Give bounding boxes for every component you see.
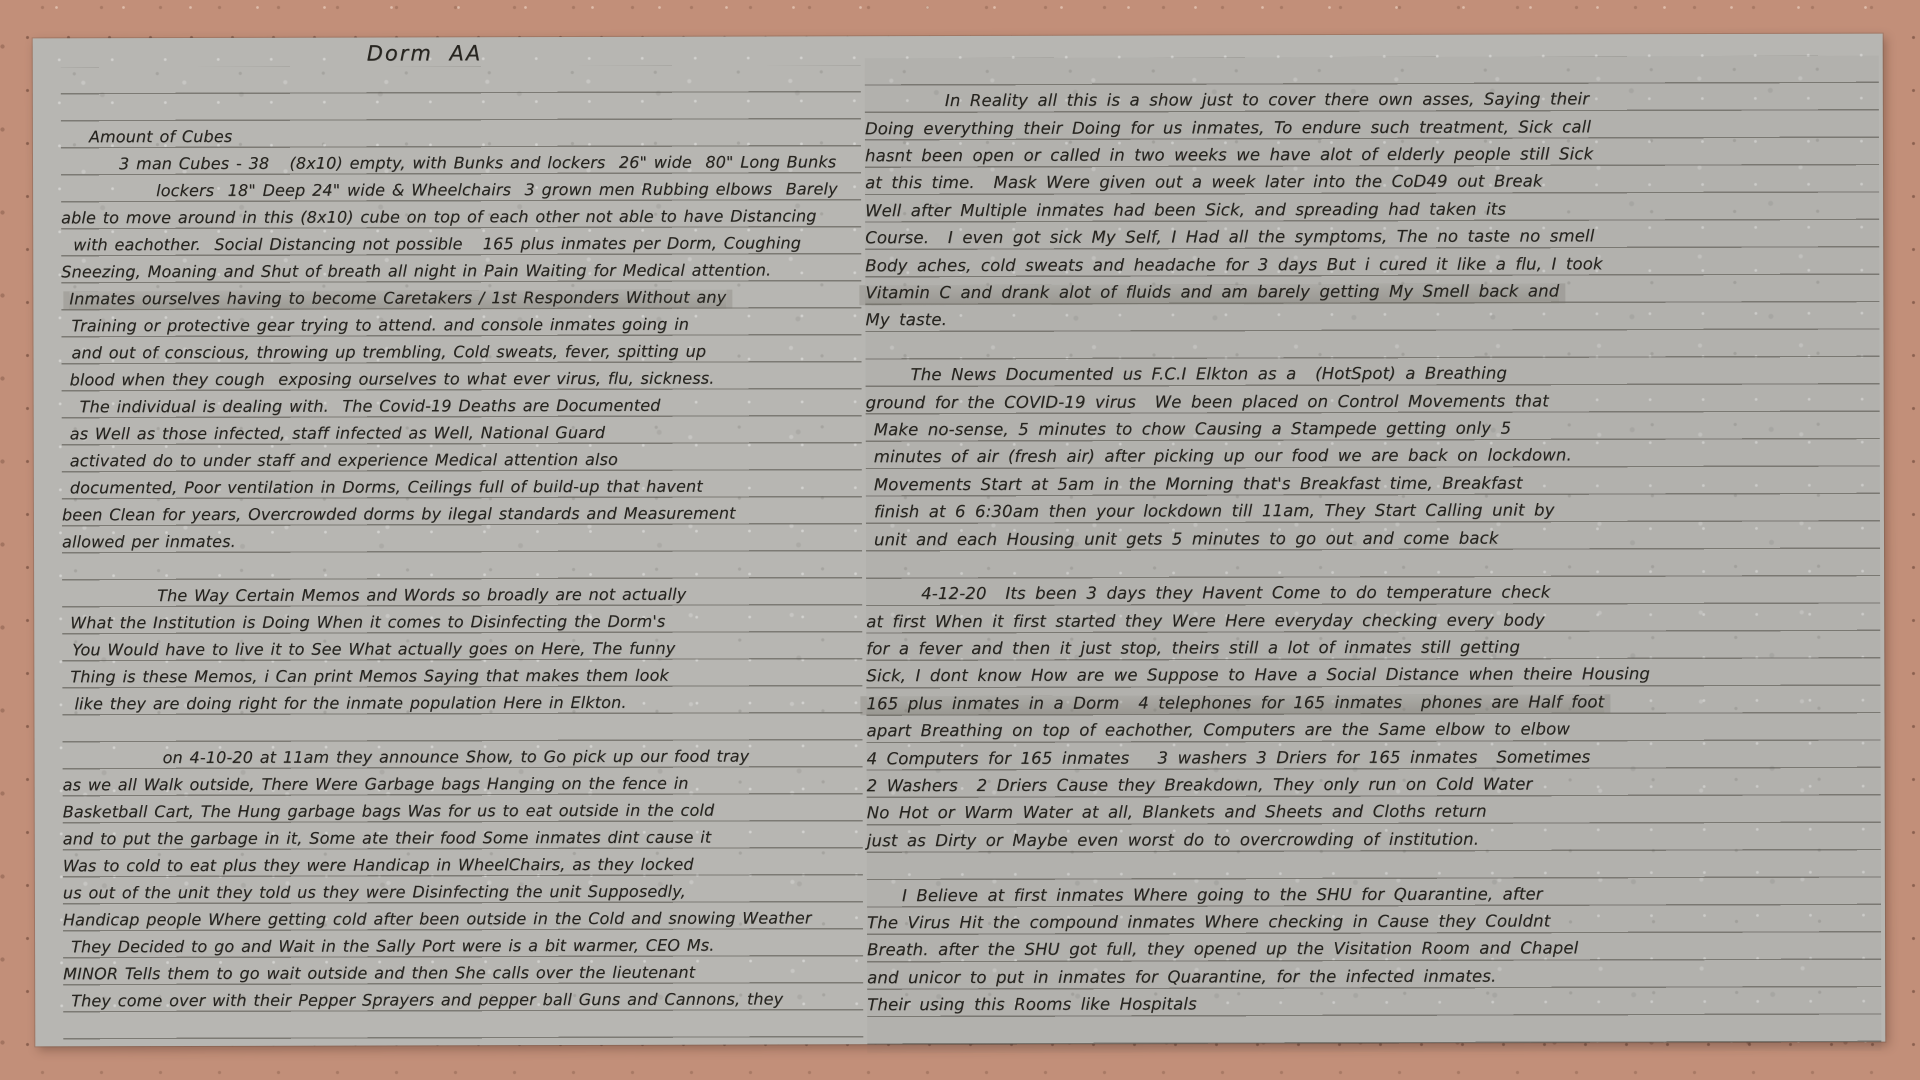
handwritten-line: activated do to under staff and experien…: [62, 443, 862, 472]
handwritten-line: The Way Certain Memos and Words so broad…: [62, 578, 862, 607]
handwritten-line: at first When it first started they Were…: [866, 603, 1880, 633]
handwritten-line: Breath. after the SHU got full, they ope…: [867, 932, 1881, 962]
handwritten-line: blood when they cough exposing ourselves…: [62, 362, 862, 391]
handwritten-line: unit and each Housing unit gets 5 minute…: [866, 521, 1880, 551]
handwritten-line: The News Documented us F.C.I Elkton as a…: [866, 357, 1880, 387]
handwritten-line: just as Dirty or Maybe even worst do to …: [867, 823, 1881, 853]
handwritten-line: They come over with their Pepper Sprayer…: [63, 983, 863, 1012]
handwritten-line: minutes of air (fresh air) after picking…: [866, 439, 1880, 469]
handwritten-line: Basketball Cart, The Hung garbage bags W…: [63, 794, 863, 823]
scanned-document-background: { "document": { "title": "Dorm AA", "pag…: [0, 0, 1920, 1080]
handwritten-line: as Well as those infected, staff infecte…: [62, 416, 862, 445]
handwritten-line: The Virus Hit the compound inmates Where…: [867, 905, 1881, 935]
handwritten-line: as we all Walk outside, There Were Garba…: [63, 767, 863, 796]
handwritten-line: Training or protective gear trying to at…: [61, 308, 861, 337]
scanned-paper: Dorm AA Amount of Cubes3 man Cubes - 38 …: [33, 34, 1886, 1047]
handwritten-line: 2 Washers 2 Driers Cause they Breakdown,…: [867, 768, 1881, 798]
handwritten-line: like they are doing right for the inmate…: [62, 686, 862, 715]
handwritten-line: and out of conscious, throwing up trembl…: [61, 335, 861, 364]
handwritten-line: Sick, I dont know How are we Suppose to …: [866, 658, 1880, 688]
handwritten-line: [61, 65, 861, 94]
handwritten-line: My taste.: [865, 302, 1879, 332]
handwritten-line: What the Institution is Doing When it co…: [62, 605, 862, 634]
handwritten-line: They Decided to go and Wait in the Sally…: [63, 929, 863, 958]
handwritten-line: [62, 551, 862, 580]
handwritten-line: In Reality all this is a show just to co…: [865, 83, 1879, 113]
document-title: Dorm AA: [367, 41, 483, 65]
handwritten-line: I Believe at first inmates Where going t…: [867, 877, 1881, 907]
handwritten-line: at this time. Mask Were given out a week…: [865, 165, 1879, 195]
handwritten-line: MINOR Tells them to go wait outside and …: [63, 956, 863, 985]
page-left: Amount of Cubes3 man Cubes - 38 (8x10) e…: [61, 65, 864, 1045]
handwritten-line: 165 plus inmates in a Dorm 4 telephones …: [866, 686, 1880, 716]
handwritten-line: for a fever and then it just stop, their…: [866, 631, 1880, 661]
handwritten-line: Body aches, cold sweats and headache for…: [865, 247, 1879, 277]
handwritten-line: [865, 329, 1879, 359]
handwritten-line: [61, 92, 861, 121]
handwritten-line: Thing is these Memos, i Can print Memos …: [62, 659, 862, 688]
handwritten-line: Vitamin C and drank alot of fluids and a…: [865, 275, 1879, 305]
handwritten-line: Their using this Rooms like Hospitals: [867, 987, 1881, 1017]
handwritten-line: No Hot or Warm Water at all, Blankets an…: [867, 795, 1881, 825]
handwritten-line: documented, Poor ventilation in Dorms, C…: [62, 470, 862, 499]
handwritten-line: Make no-sense, 5 minutes to chow Causing…: [866, 412, 1880, 442]
handwritten-line: with eachother. Social Distancing not po…: [61, 227, 861, 256]
handwritten-line: [865, 56, 1879, 86]
handwritten-line: apart Breathing on top of eachother, Com…: [866, 713, 1880, 743]
handwritten-line: You Would have to live it to See What ac…: [62, 632, 862, 661]
handwritten-line: Amount of Cubes: [61, 119, 861, 148]
handwritten-line: [866, 549, 1880, 579]
handwritten-line: and to put the garbage in it, Some ate t…: [63, 821, 863, 850]
handwritten-line: been Clean for years, Overcrowded dorms …: [62, 497, 862, 526]
handwritten-line: and unicor to put in inmates for Quarant…: [867, 959, 1881, 989]
handwritten-line: 4 Computers for 165 inmates 3 washers 3 …: [867, 740, 1881, 770]
handwritten-line: [867, 850, 1881, 880]
handwritten-line: able to move around in this (8x10) cube …: [61, 200, 861, 229]
handwritten-line: Course. I even got sick My Self, I Had a…: [865, 220, 1879, 250]
handwritten-line: The individual is dealing with. The Covi…: [62, 389, 862, 418]
handwritten-line: hasnt been open or called in two weeks w…: [865, 138, 1879, 168]
handwritten-line: allowed per inmates.: [62, 524, 862, 553]
handwritten-line: 4-12-20 Its been 3 days they Havent Come…: [866, 576, 1880, 606]
page-right: In Reality all this is a show just to co…: [865, 56, 1882, 1054]
handwritten-line: Well after Multiple inmates had been Sic…: [865, 193, 1879, 223]
handwritten-line: Movements Start at 5am in the Morning th…: [866, 466, 1880, 496]
handwritten-line: lockers 18" Deep 24" wide & Wheelchairs …: [61, 173, 861, 202]
handwritten-line: Inmates ourselves having to become Caret…: [61, 281, 861, 310]
handwritten-line: ground for the COVID-19 virus We been pl…: [866, 384, 1880, 414]
handwritten-line: Handicap people Where getting cold after…: [63, 902, 863, 931]
handwritten-line: finish at 6 6:30am then your lockdown ti…: [866, 494, 1880, 524]
handwritten-line: 3 man Cubes - 38 (8x10) empty, with Bunk…: [61, 146, 861, 175]
handwritten-line: Sneezing, Moaning and Shut of breath all…: [61, 254, 861, 283]
handwritten-line: on 4-10-20 at 11am they announce Show, t…: [63, 740, 863, 769]
handwritten-line: Doing everything their Doing for us inma…: [865, 110, 1879, 140]
handwritten-line: us out of the unit they told us they wer…: [63, 875, 863, 904]
handwritten-line: [62, 713, 862, 742]
handwritten-line: Was to cold to eat plus they were Handic…: [63, 848, 863, 877]
